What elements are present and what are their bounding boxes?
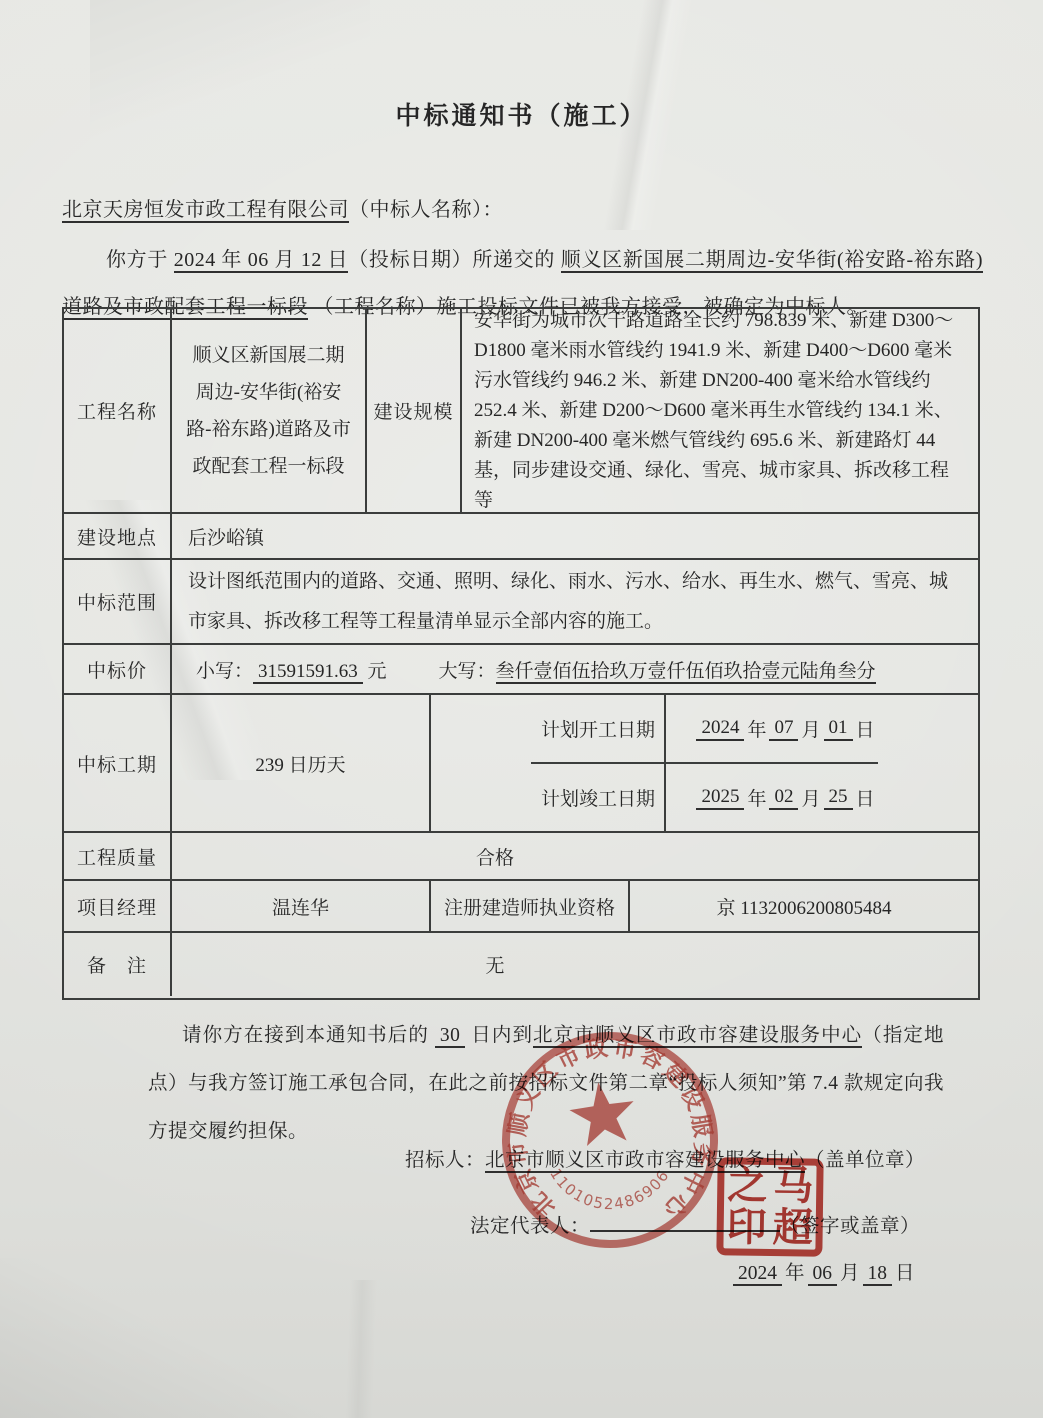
- row-start-date: 计划开工日期 2024年07月01日: [531, 695, 877, 764]
- start-day: 01: [824, 717, 853, 741]
- paper-crease: [300, 1280, 420, 1418]
- day-unit: 日: [856, 715, 875, 742]
- issue-day: 18: [863, 1263, 893, 1286]
- seal-char-tr: 马: [770, 1165, 817, 1208]
- cell-scale-label: 建设规模: [367, 309, 462, 512]
- price-small: 小写：31591591.63 元: [196, 656, 387, 683]
- month-unit: 月: [840, 1263, 860, 1284]
- row-duration: 中标工期 239 日历天 计划开工日期 2024年07月01日 计划竣工日期 2…: [64, 695, 978, 833]
- award-table: 工程名称 顺义区新国展二期周边-安华街(裕安路-裕东路)道路及市政配套工程一标段…: [62, 307, 980, 1000]
- document-page: 中标通知书（施工） 北京天房恒发市政工程有限公司（中标人名称）： 你方于 202…: [0, 0, 1043, 1418]
- price-big-value: 叁仟壹佰伍拾玖万壹仟伍佰玖拾壹元陆角叁分: [496, 661, 876, 684]
- cell-project-label: 工程名称: [64, 309, 172, 512]
- cell-finish-label: 计划竣工日期: [531, 764, 666, 831]
- cell-scope-label: 中标范围: [64, 560, 172, 643]
- cell-manager-value: 温连华: [172, 881, 431, 931]
- year-unit: 年: [747, 715, 766, 742]
- row-manager: 项目经理 温连华 注册建造师执业资格 京 1132006200805484: [64, 881, 978, 933]
- seal-char-br: 超: [769, 1207, 816, 1250]
- cell-start-date: 2024年07月01日: [666, 695, 877, 762]
- row-remark: 备 注 无: [64, 933, 978, 996]
- price-small-value: 31591591.63: [253, 661, 363, 684]
- row-price: 中标价 小写：31591591.63 元 大写：叁仟壹佰伍拾玖万壹仟伍佰玖拾壹元…: [64, 645, 978, 695]
- year-unit: 年: [785, 1263, 805, 1284]
- cell-remark-value: 无: [172, 933, 978, 996]
- day-unit: 日: [856, 784, 875, 811]
- cell-duration-value: 239 日历天: [172, 695, 431, 831]
- scale-text: 安华街为城市次干路道路全长约 798.839 米、新建 D300～D1800 毫…: [462, 296, 978, 526]
- row-project: 工程名称 顺义区新国展二期周边-安华街(裕安路-裕东路)道路及市政配套工程一标段…: [64, 309, 978, 514]
- cell-license-label: 注册建造师执业资格: [431, 881, 630, 931]
- paper-crease: [0, 1258, 460, 1418]
- cell-scope-value: 设计图纸范围内的道路、交通、照明、绿化、雨水、污水、给水、再生水、燃气、雪亮、城…: [172, 560, 978, 643]
- cell-quality-value: 合格: [172, 833, 978, 879]
- row-finish-date: 计划竣工日期 2025年02月25日: [531, 764, 877, 831]
- price-small-label: 小写：: [196, 661, 253, 682]
- price-big: 大写：叁仟壹佰伍拾玖万壹仟伍佰玖拾壹元陆角叁分: [439, 656, 876, 683]
- start-month: 07: [769, 717, 798, 741]
- row-scope: 中标范围 设计图纸范围内的道路、交通、照明、绿化、雨水、污水、给水、再生水、燃气…: [64, 560, 978, 645]
- price-unit: 元: [368, 661, 387, 682]
- row-location: 建设地点 后沙峪镇: [64, 514, 978, 560]
- cell-remark-label: 备 注: [64, 933, 172, 996]
- scope-text: 设计图纸范围内的道路、交通、照明、绿化、雨水、污水、给水、再生水、燃气、雪亮、城…: [172, 562, 978, 642]
- issue-month: 06: [808, 1263, 838, 1286]
- cell-price-label: 中标价: [64, 645, 172, 693]
- price-big-label: 大写：: [439, 661, 496, 682]
- cell-project-name: 顺义区新国展二期周边-安华街(裕安路-裕东路)道路及市政配套工程一标段: [172, 309, 367, 512]
- cell-price-value: 小写：31591591.63 元 大写：叁仟壹佰伍拾玖万壹仟伍佰玖拾壹元陆角叁分: [172, 645, 978, 693]
- row-quality: 工程质量 合格: [64, 833, 978, 881]
- official-round-seal: 北京市顺义区市政市容建设服务中心 1101052486906: [460, 990, 760, 1290]
- svg-text:1101052486906: 1101052486906: [546, 1165, 672, 1213]
- cell-location-value: 后沙峪镇: [172, 514, 978, 558]
- cell-scale-value: 安华街为城市次干路道路全长约 798.839 米、新建 D300～D1800 毫…: [462, 309, 978, 512]
- cell-quality-label: 工程质量: [64, 833, 172, 879]
- cell-license-value: 京 1132006200805484: [630, 881, 978, 931]
- seal-char-bl: 印: [723, 1206, 770, 1249]
- seal-star-icon: [570, 1082, 634, 1146]
- issue-date-line: 2024年06月18日: [733, 1257, 918, 1285]
- cell-location-label: 建设地点: [64, 514, 172, 558]
- start-year: 2024: [696, 717, 744, 741]
- cell-duration-label: 中标工期: [64, 695, 172, 831]
- finish-year: 2025: [696, 786, 744, 810]
- closing-text: 请你方在接到本通知书后的: [182, 1025, 435, 1046]
- document-title: 中标通知书（施工）: [0, 96, 1043, 132]
- bid-date: 2024 年 06 月 12 日: [174, 249, 349, 273]
- finish-month: 02: [769, 786, 798, 810]
- cell-schedule: 计划开工日期 2024年07月01日 计划竣工日期 2025年02月25日: [431, 695, 978, 831]
- seal-char-tl: 之: [724, 1164, 771, 1207]
- winner-name: 北京天房恒发市政工程有限公司: [62, 199, 349, 223]
- intro-text: 你方于: [106, 249, 174, 271]
- personal-square-seal: 之 马 印 超: [716, 1157, 823, 1256]
- year-unit: 年: [747, 784, 766, 811]
- intro-text: （投标日期）所递交的: [348, 249, 561, 271]
- winner-suffix: （中标人名称）：: [349, 199, 503, 221]
- finish-day: 25: [824, 786, 853, 810]
- cell-finish-date: 2025年02月25日: [666, 764, 877, 831]
- seal-number-text: 1101052486906: [546, 1165, 672, 1213]
- month-unit: 月: [801, 715, 820, 742]
- month-unit: 月: [801, 784, 820, 811]
- cell-start-label: 计划开工日期: [531, 695, 666, 762]
- winner-paragraph: 北京天房恒发市政工程有限公司（中标人名称）：: [62, 193, 982, 222]
- day-unit: 日: [895, 1263, 915, 1284]
- cell-manager-label: 项目经理: [64, 881, 172, 931]
